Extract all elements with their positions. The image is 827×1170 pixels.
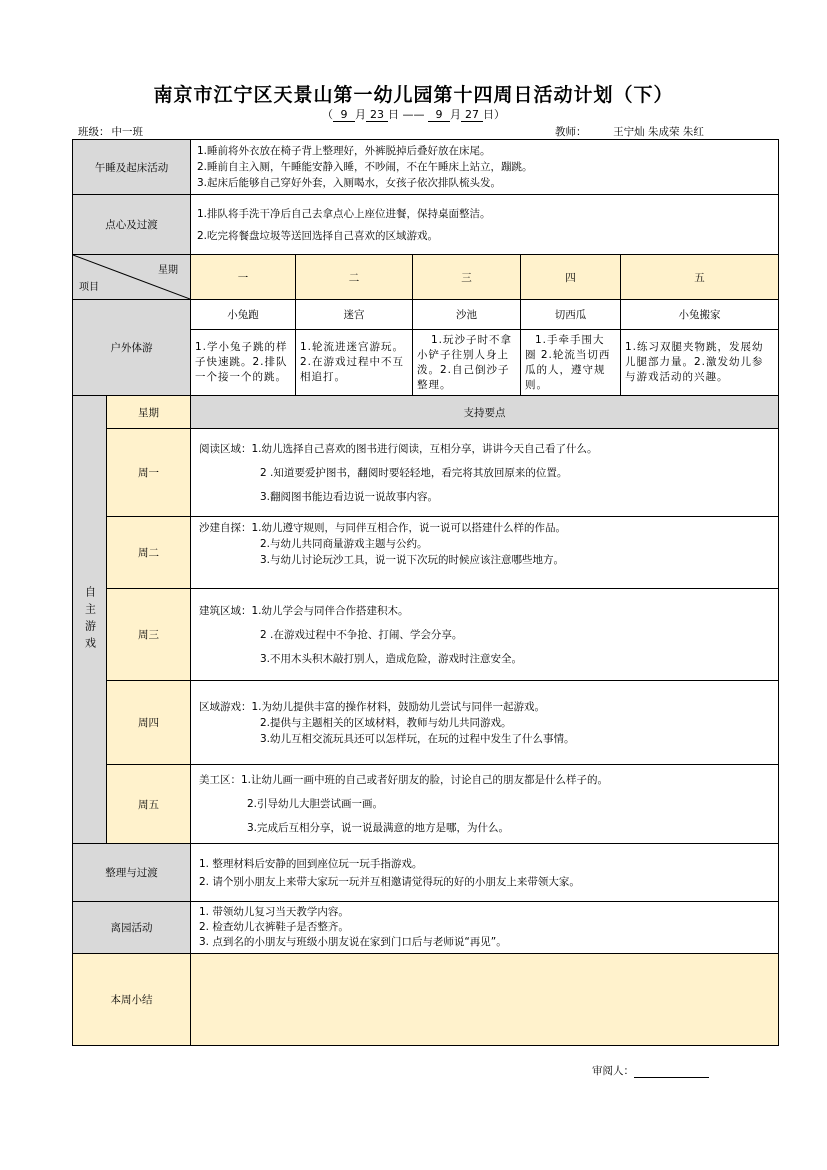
- nap-item: 1.睡前将外衣放在椅子背上整理好，外裤脱掉后叠好放在床尾。: [197, 143, 772, 159]
- point-item: 3.翻阅图书能边看边说一说故事内容。: [199, 485, 772, 509]
- summary-label: 本周小结: [73, 954, 191, 1046]
- corner-item-label: 项目: [79, 278, 99, 293]
- reviewer: 审阅人：: [592, 1063, 709, 1078]
- outdoor-game-desc: 1.学小兔子跳的样子快速跳。2.排队一个接一个的跳。: [191, 330, 296, 396]
- freeplay-day: 周二: [107, 517, 191, 589]
- tidy-row: 整理与过渡 1. 整理材料后安静的回到座位玩一玩手指游戏。 2. 请个别小朋友上…: [73, 844, 779, 902]
- snack-item: 1.排队将手洗干净后自己去拿点心上座位进餐，保持桌面整洁。: [197, 203, 772, 225]
- freeplay-day: 周一: [107, 429, 191, 517]
- leave-item: 3. 点到名的小朋友与班级小朋友说在家到门口后与老师说“再见”。: [199, 935, 772, 950]
- freeplay-label-cell: 自主游戏: [73, 396, 107, 844]
- leave-content: 1. 带领幼儿复习当天教学内容。 2. 检查幼儿衣裤鞋子是否整齐。 3. 点到名…: [191, 902, 779, 954]
- outdoor-label: 户外体游: [73, 300, 191, 396]
- class-value: 中一班: [110, 124, 184, 140]
- outdoor-game-desc: 1.练习双腿夹物跳，发展幼儿腿部力量。2.激发幼儿参与游戏活动的兴趣。: [621, 330, 779, 396]
- corner-weekday-label: 星期: [158, 261, 178, 276]
- point-item: 1.幼儿选择自己喜欢的图书进行阅读，互相分享，讲讲今天自己看了什么。: [252, 443, 598, 455]
- tidy-item: 2. 请个别小朋友上来带大家玩一玩并互相邀请觉得玩的好的小朋友上来带领大家。: [199, 873, 772, 891]
- freeplay-points: 美工区：1.让幼儿画一画中班的自己或者好朋友的脸，讨论自己的朋友都是什么样子的。…: [191, 765, 779, 844]
- point-item: 2 .在游戏过程中不争抢、打闹、学会分享。: [199, 623, 772, 647]
- tidy-content: 1. 整理材料后安静的回到座位玩一玩手指游戏。 2. 请个别小朋友上来带大家玩一…: [191, 844, 779, 902]
- point-item: 2.提供与主题相关的区域材料，教师与幼儿共同游戏。: [199, 715, 772, 731]
- date-open: （: [322, 108, 333, 121]
- end-day: 27: [461, 108, 483, 122]
- point-item: 3.幼儿互相交流玩具还可以怎样玩，在玩的过程中发生了什么事情。: [199, 731, 772, 747]
- weekday-tue: 二: [296, 255, 413, 300]
- area-label: 区域游戏：: [199, 701, 252, 713]
- day-label: 日: [388, 108, 399, 121]
- freeplay-label: 自主游戏: [82, 586, 98, 654]
- outdoor-game-desc: 1.轮流进迷宫游玩。2.在游戏过程中不互相追打。: [296, 330, 413, 396]
- outdoor-game-desc: 1.玩沙子时不拿小铲子往别人身上泼。2.自己倒沙子整理。: [413, 330, 521, 396]
- snack-row: 点心及过渡 1.排队将手洗干净后自己去拿点心上座位进餐，保持桌面整洁。 2.吃完…: [73, 195, 779, 255]
- freeplay-points: 阅读区域：1.幼儿选择自己喜欢的图书进行阅读，互相分享，讲讲今天自己看了什么。 …: [191, 429, 779, 517]
- point-item: 1.让幼儿画一画中班的自己或者好朋友的脸，讨论自己的朋友都是什么样子的。: [241, 774, 608, 786]
- weekday-thu: 四: [521, 255, 621, 300]
- point-item: 2.与幼儿共同商量游戏主题与公约。: [199, 536, 772, 552]
- month-label: 月: [355, 108, 366, 121]
- weekday-header-row: 星期 项目 一 二 三 四 五: [73, 255, 779, 300]
- freeplay-day-header: 星期: [107, 396, 191, 429]
- area-label: 沙建自探：: [199, 522, 252, 534]
- point-item: 2 .知道要爱护图书，翻阅时要轻轻地，看完将其放回原来的位置。: [199, 461, 772, 485]
- point-item: 3.完成后互相分享，说一说最满意的地方是哪，为什么。: [199, 816, 772, 840]
- freeplay-day: 周五: [107, 765, 191, 844]
- outdoor-name-row: 户外体游 小兔跑 迷宫 沙池 切西瓜 小兔搬家: [73, 300, 779, 330]
- reviewer-label: 审阅人：: [592, 1065, 634, 1077]
- outdoor-game-name: 小兔跑: [191, 300, 296, 330]
- freeplay-row-tue: 周二 沙建自探：1.幼儿遵守规则，与同伴互相合作，说一说可以搭建什么样的作品。 …: [73, 517, 779, 589]
- weekday-fri: 五: [621, 255, 779, 300]
- start-month: 9: [333, 108, 355, 122]
- freeplay-points: 沙建自探：1.幼儿遵守规则，与同伴互相合作，说一说可以搭建什么样的作品。 2.与…: [191, 517, 779, 589]
- point-item: 2.引导幼儿大胆尝试画一画。: [199, 792, 772, 816]
- tidy-label: 整理与过渡: [73, 844, 191, 902]
- outdoor-game-name: 切西瓜: [521, 300, 621, 330]
- weekday-wed: 三: [413, 255, 521, 300]
- end-month: 9: [428, 108, 450, 122]
- area-label: 建筑区域：: [199, 605, 252, 617]
- freeplay-row-wed: 周三 建筑区域：1.幼儿学会与同伴合作搭建积木。 2 .在游戏过程中不争抢、打闹…: [73, 589, 779, 681]
- point-item: 1.为幼儿提供丰富的操作材料，鼓励幼儿尝试与同伴一起游戏。: [252, 701, 546, 713]
- teacher-value: 王宁灿 朱成荣 朱红: [587, 124, 731, 140]
- summary-content[interactable]: [191, 954, 779, 1046]
- freeplay-day: 周四: [107, 681, 191, 765]
- date-dash: ——: [403, 108, 425, 121]
- teacher-info: 教师：王宁灿 朱成荣 朱红: [555, 124, 731, 140]
- weekday-mon: 一: [191, 255, 296, 300]
- nap-label: 午睡及起床活动: [73, 140, 191, 195]
- outdoor-game-desc: 1.手牵手围大圈 2.轮流当切西瓜的人，遵守规则。: [521, 330, 621, 396]
- month-label: 月: [450, 108, 461, 121]
- area-label: 阅读区域：: [199, 443, 252, 455]
- nap-item: 2.睡前自主入厕，午睡能安静入睡，不吵闹，不在午睡床上站立，蹦跳。: [197, 159, 772, 175]
- corner-cell: 星期 项目: [73, 255, 191, 300]
- leave-item: 1. 带领幼儿复习当天教学内容。: [199, 905, 772, 920]
- outdoor-game-name: 沙池: [413, 300, 521, 330]
- freeplay-points: 区域游戏：1.为幼儿提供丰富的操作材料，鼓励幼儿尝试与同伴一起游戏。 2.提供与…: [191, 681, 779, 765]
- outdoor-game-name: 小兔搬家: [621, 300, 779, 330]
- freeplay-day: 周三: [107, 589, 191, 681]
- outdoor-game-name: 迷宫: [296, 300, 413, 330]
- summary-row: 本周小结: [73, 954, 779, 1046]
- point-item: 1.幼儿学会与同伴合作搭建积木。: [252, 605, 409, 617]
- page-title: 南京市江宁区天景山第一幼儿园第十四周日活动计划（下）: [0, 80, 827, 107]
- leave-item: 2. 检查幼儿衣裤鞋子是否整齐。: [199, 920, 772, 935]
- snack-label: 点心及过渡: [73, 195, 191, 255]
- freeplay-row-fri: 周五 美工区：1.让幼儿画一画中班的自己或者好朋友的脸，讨论自己的朋友都是什么样…: [73, 765, 779, 844]
- snack-content: 1.排队将手洗干净后自己去拿点心上座位进餐，保持桌面整洁。 2.吃完将餐盘垃圾等…: [191, 195, 779, 255]
- nap-item: 3.起床后能够自己穿好外套，入厕喝水，女孩子依次排队梳头发。: [197, 175, 772, 191]
- nap-content: 1.睡前将外衣放在椅子背上整理好，外裤脱掉后叠好放在床尾。 2.睡前自主入厕，午…: [191, 140, 779, 195]
- freeplay-row-thu: 周四 区域游戏：1.为幼儿提供丰富的操作材料，鼓励幼儿尝试与同伴一起游戏。 2.…: [73, 681, 779, 765]
- snack-item: 2.吃完将餐盘垃圾等送回选择自己喜欢的区域游戏。: [197, 225, 772, 247]
- point-item: 3.不用木头积木敲打别人，造成危险，游戏时注意安全。: [199, 647, 772, 671]
- tidy-item: 1. 整理材料后安静的回到座位玩一玩手指游戏。: [199, 855, 772, 873]
- reviewer-signature-line[interactable]: [634, 1065, 709, 1078]
- point-item: 3.与幼儿讨论玩沙工具，说一说下次玩的时候应该注意哪些地方。: [199, 552, 772, 568]
- nap-row: 午睡及起床活动 1.睡前将外衣放在椅子背上整理好，外裤脱掉后叠好放在床尾。 2.…: [73, 140, 779, 195]
- freeplay-points-header: 支持要点: [191, 396, 779, 429]
- area-label: 美工区：: [199, 774, 241, 786]
- date-range: （9月23日 —— 9月27日）: [0, 106, 827, 122]
- start-day: 23: [366, 108, 388, 122]
- class-label: 班级：: [78, 126, 110, 138]
- class-info: 班级：中一班: [78, 124, 184, 140]
- activity-plan-table: 午睡及起床活动 1.睡前将外衣放在椅子背上整理好，外裤脱掉后叠好放在床尾。 2.…: [72, 139, 779, 1046]
- leave-row: 离园活动 1. 带领幼儿复习当天教学内容。 2. 检查幼儿衣裤鞋子是否整齐。 3…: [73, 902, 779, 954]
- point-item: 1.幼儿遵守规则，与同伴互相合作，说一说可以搭建什么样的作品。: [252, 522, 567, 534]
- teacher-label: 教师：: [555, 126, 587, 138]
- date-close: 日）: [483, 108, 505, 121]
- freeplay-row-mon: 周一 阅读区域：1.幼儿选择自己喜欢的图书进行阅读，互相分享，讲讲今天自己看了什…: [73, 429, 779, 517]
- freeplay-header-row: 自主游戏 星期 支持要点: [73, 396, 779, 429]
- leave-label: 离园活动: [73, 902, 191, 954]
- freeplay-points: 建筑区域：1.幼儿学会与同伴合作搭建积木。 2 .在游戏过程中不争抢、打闹、学会…: [191, 589, 779, 681]
